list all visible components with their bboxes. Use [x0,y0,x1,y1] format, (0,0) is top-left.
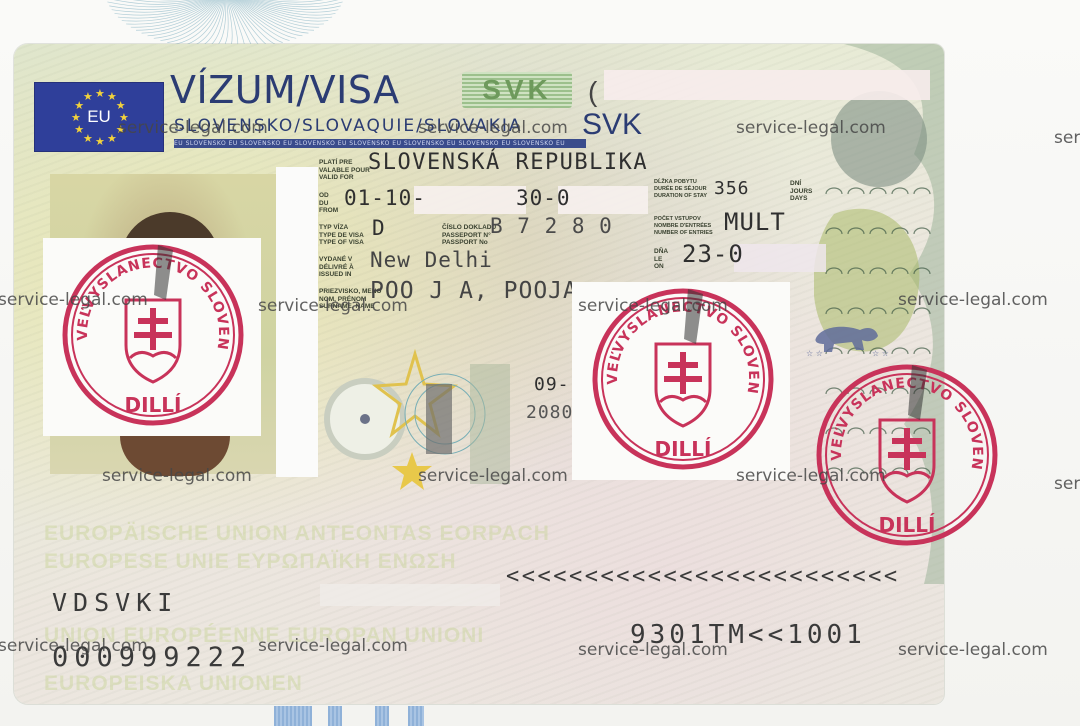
label-duration: DĹŽKA POBYTU DURÉE DE SÉJOUR DURATION OF… [654,179,707,200]
redaction-strip [276,167,318,477]
watermark-text: service-legal.com [258,296,408,316]
label-valid-for: PLATÍ PRE VALABLE POUR VALID FOR [319,159,370,182]
watermark-text: service-legal.com [102,466,252,486]
value-valid-for: SLOVENSKÁ REPUBLIKA [368,150,648,175]
svg-text:☆ ☆: ☆ ☆ [806,349,823,358]
value-on: 23-0 [682,240,744,268]
remark-line-1: 09- [534,374,570,395]
page-tab [375,706,389,726]
microprint-band: EU SLOVENSKO EU SLOVENSKO EU SLOVENSKO E… [174,139,586,148]
watermark-text: service-legal.com [736,466,886,486]
mrz-redaction [320,584,500,606]
value-from: 01-10- [344,186,426,210]
background-text: EUROPÄISCHE UNION ANTEONTAS EORPACH [44,522,550,546]
visa-title: VÍZUM/VISA [170,68,400,112]
label-on: DŇA LE ON [654,248,668,271]
visa-number-start: ( [588,76,597,108]
redaction-box [604,70,930,100]
watermark-text: service-legal.com [578,296,728,316]
mrz-line-1-start: VDSVKI [52,588,178,617]
label-issued-in: VYDANÉ V DÉLIVRÉ À ISSUED IN [319,256,354,279]
redaction-box [734,244,826,272]
value-duration: 356 [714,178,750,199]
svg-text:DILLÍ: DILLÍ [655,437,712,461]
mrz-line-1-fill: <<<<<<<<<<<<<<<<<<<<<<<<< [506,564,900,589]
eu-star-icon: ★ [95,88,105,99]
eu-star-icon: ★ [95,136,105,147]
page-tab [328,706,342,726]
value-until: 30-0 [516,186,571,210]
watermark-text: service-legal.com [898,640,1048,660]
eu-flag: ★★★★★★★★★★★★ EU [34,82,164,152]
label-passport: ČÍSLO DOKLADU PASSEPORT N° PASSPORT No [442,224,496,247]
page-tab [408,706,424,726]
label-days: DNÍ JOURS DAYS [790,180,812,203]
background-text: EUROPESE UNIE EYPΩΠAÏKH ENΩΣH [44,550,457,574]
watermark-text: service-legal.com [418,118,568,138]
lion-emblem: ☆ ☆ ☆ ☆ [804,318,894,358]
watermark-text: service-legal.com [1054,128,1080,148]
watermark-text: service-legal.com [118,118,268,138]
label-visa-type: TYP VÍZA TYPE DE VISA TYPE OF VISA [319,224,364,247]
eu-star-icon: ★ [83,133,93,144]
watermark-text: service-legal.com [736,118,886,138]
embassy-stamp: VEĽVYSLANECTVO SLOVENSKEJ REPUBLIKY DILL… [58,240,248,430]
value-passport: B 7 2 8 0 [490,214,613,238]
embassy-stamp: VEĽVYSLANECTVO SLOVENSKEJ REPUBLIKY DILL… [812,360,1002,550]
watermark-text: service-legal.com [1054,474,1080,494]
value-entries: MULT [724,208,786,236]
redaction-box [414,186,526,214]
country-code: SVK [582,108,642,142]
svk-hologram: SVK [462,72,572,108]
watermark-text: service-legal.com [418,466,568,486]
value-issued-in: New Delhi [370,248,493,272]
svg-text:☆ ☆: ☆ ☆ [872,349,889,358]
eu-star-icon: ★ [83,91,93,102]
svg-text:DILLÍ: DILLÍ [125,393,182,417]
value-visa-type: D [372,216,386,240]
background-text: EUROPEISKA UNIONEN [44,672,303,696]
label-from: OD DU FROM [319,192,338,215]
remark-line-2: 2080 [526,402,573,423]
page-tab [274,706,312,726]
redaction-box [558,186,648,214]
watermark-text: service-legal.com [258,636,408,656]
watermark-text: service-legal.com [578,640,728,660]
svg-text:DILLÍ: DILLÍ [879,513,936,537]
watermark-text: service-legal.com [0,290,148,310]
label-entries: POČET VSTUPOV NOMBRE D'ENTRÉES NUMBER OF… [654,216,713,237]
eu-star-icon: ★ [107,133,117,144]
watermark-text: service-legal.com [0,636,148,656]
watermark-text: service-legal.com [898,290,1048,310]
